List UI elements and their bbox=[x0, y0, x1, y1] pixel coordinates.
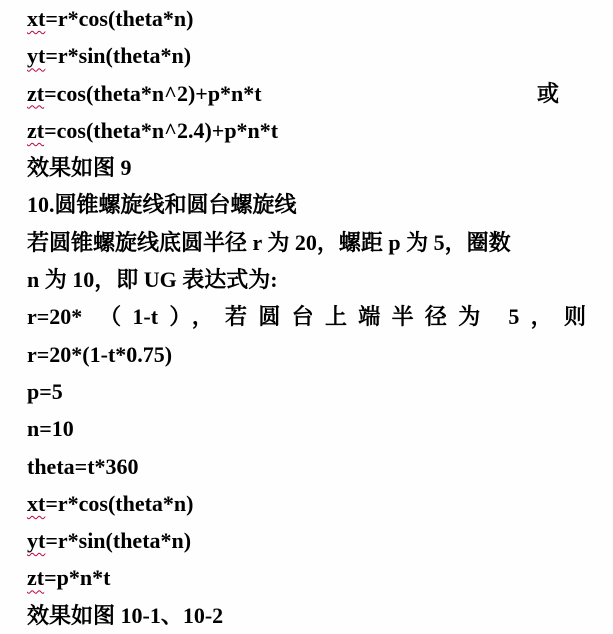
formula-token-zt: zt bbox=[27, 118, 44, 143]
formula-token-zt: zt bbox=[27, 565, 44, 590]
doc-line-formula-xt-1: xt=r*cos(theta*n) bbox=[27, 0, 586, 37]
text-run: 效果如图 9 bbox=[27, 155, 132, 180]
text-run: n 为 10，即 UG 表达式为: bbox=[27, 267, 278, 292]
doc-line-effect-fig9: 效果如图 9 bbox=[27, 149, 586, 186]
formula-text: =r*cos(theta*n) bbox=[45, 6, 193, 31]
formula-token-yt: yt bbox=[27, 43, 45, 68]
doc-line-formula-p: p=5 bbox=[27, 373, 586, 410]
doc-line-paragraph-2: n 为 10，即 UG 表达式为: bbox=[27, 261, 586, 298]
formula-text: p=5 bbox=[27, 379, 63, 404]
or-word: 或 bbox=[537, 75, 559, 112]
doc-line-formula-yt-2: yt=r*sin(theta*n) bbox=[27, 522, 586, 559]
doc-line-r-expression-justified: r=20* （1-t），若圆台上端半径为 5，则 bbox=[27, 298, 586, 335]
formula-token-xt: xt bbox=[27, 491, 45, 516]
formula-text: theta=t*360 bbox=[27, 454, 139, 479]
doc-line-formula-zt-2: zt=cos(theta*n^2.4)+p*n*t bbox=[27, 112, 586, 149]
text-run: 若圆锥螺旋线底圆半径 r 为 20，螺距 p 为 5，圈数 bbox=[27, 230, 511, 255]
document-page: xt=r*cos(theta*n) yt=r*sin(theta*n) zt=c… bbox=[0, 0, 613, 634]
doc-line-formula-xt-2: xt=r*cos(theta*n) bbox=[27, 485, 586, 522]
formula-text: n=10 bbox=[27, 416, 74, 441]
formula-text: =r*cos(theta*n) bbox=[45, 491, 193, 516]
formula-text: =r*sin(theta*n) bbox=[45, 43, 191, 68]
formula-text: =r*sin(theta*n) bbox=[45, 528, 191, 553]
doc-line-formula-r: r=20*(1-t*0.75) bbox=[27, 336, 586, 373]
formula-text: =p*n*t bbox=[44, 565, 110, 590]
formula-token-zt: zt bbox=[27, 81, 44, 106]
formula-token-yt: yt bbox=[27, 528, 45, 553]
doc-line-section-heading: 10.圆锥螺旋线和圆台螺旋线 bbox=[27, 186, 586, 223]
formula-token-xt: xt bbox=[27, 6, 45, 31]
doc-line-formula-n: n=10 bbox=[27, 410, 586, 447]
formula-text: =cos(theta*n^2)+p*n*t bbox=[44, 81, 262, 106]
doc-line-formula-zt-1: zt=cos(theta*n^2)+p*n*t或 bbox=[27, 75, 586, 112]
doc-line-effect-fig10: 效果如图 10-1、10-2 bbox=[27, 597, 586, 634]
formula-group: zt=cos(theta*n^2)+p*n*t bbox=[27, 75, 262, 112]
doc-line-formula-yt-1: yt=r*sin(theta*n) bbox=[27, 37, 586, 74]
doc-line-paragraph-1: 若圆锥螺旋线底圆半径 r 为 20，螺距 p 为 5，圈数 bbox=[27, 224, 586, 261]
text-run: 效果如图 10-1、10-2 bbox=[27, 603, 223, 628]
section-heading-text: 10.圆锥螺旋线和圆台螺旋线 bbox=[27, 192, 297, 217]
doc-line-formula-zt-3: zt=p*n*t bbox=[27, 559, 586, 596]
text-run: r=20* （1-t），若圆台上端半径为 5，则 bbox=[27, 304, 586, 329]
formula-text: r=20*(1-t*0.75) bbox=[27, 342, 172, 367]
doc-line-formula-theta: theta=t*360 bbox=[27, 448, 586, 485]
formula-text: =cos(theta*n^2.4)+p*n*t bbox=[44, 118, 278, 143]
